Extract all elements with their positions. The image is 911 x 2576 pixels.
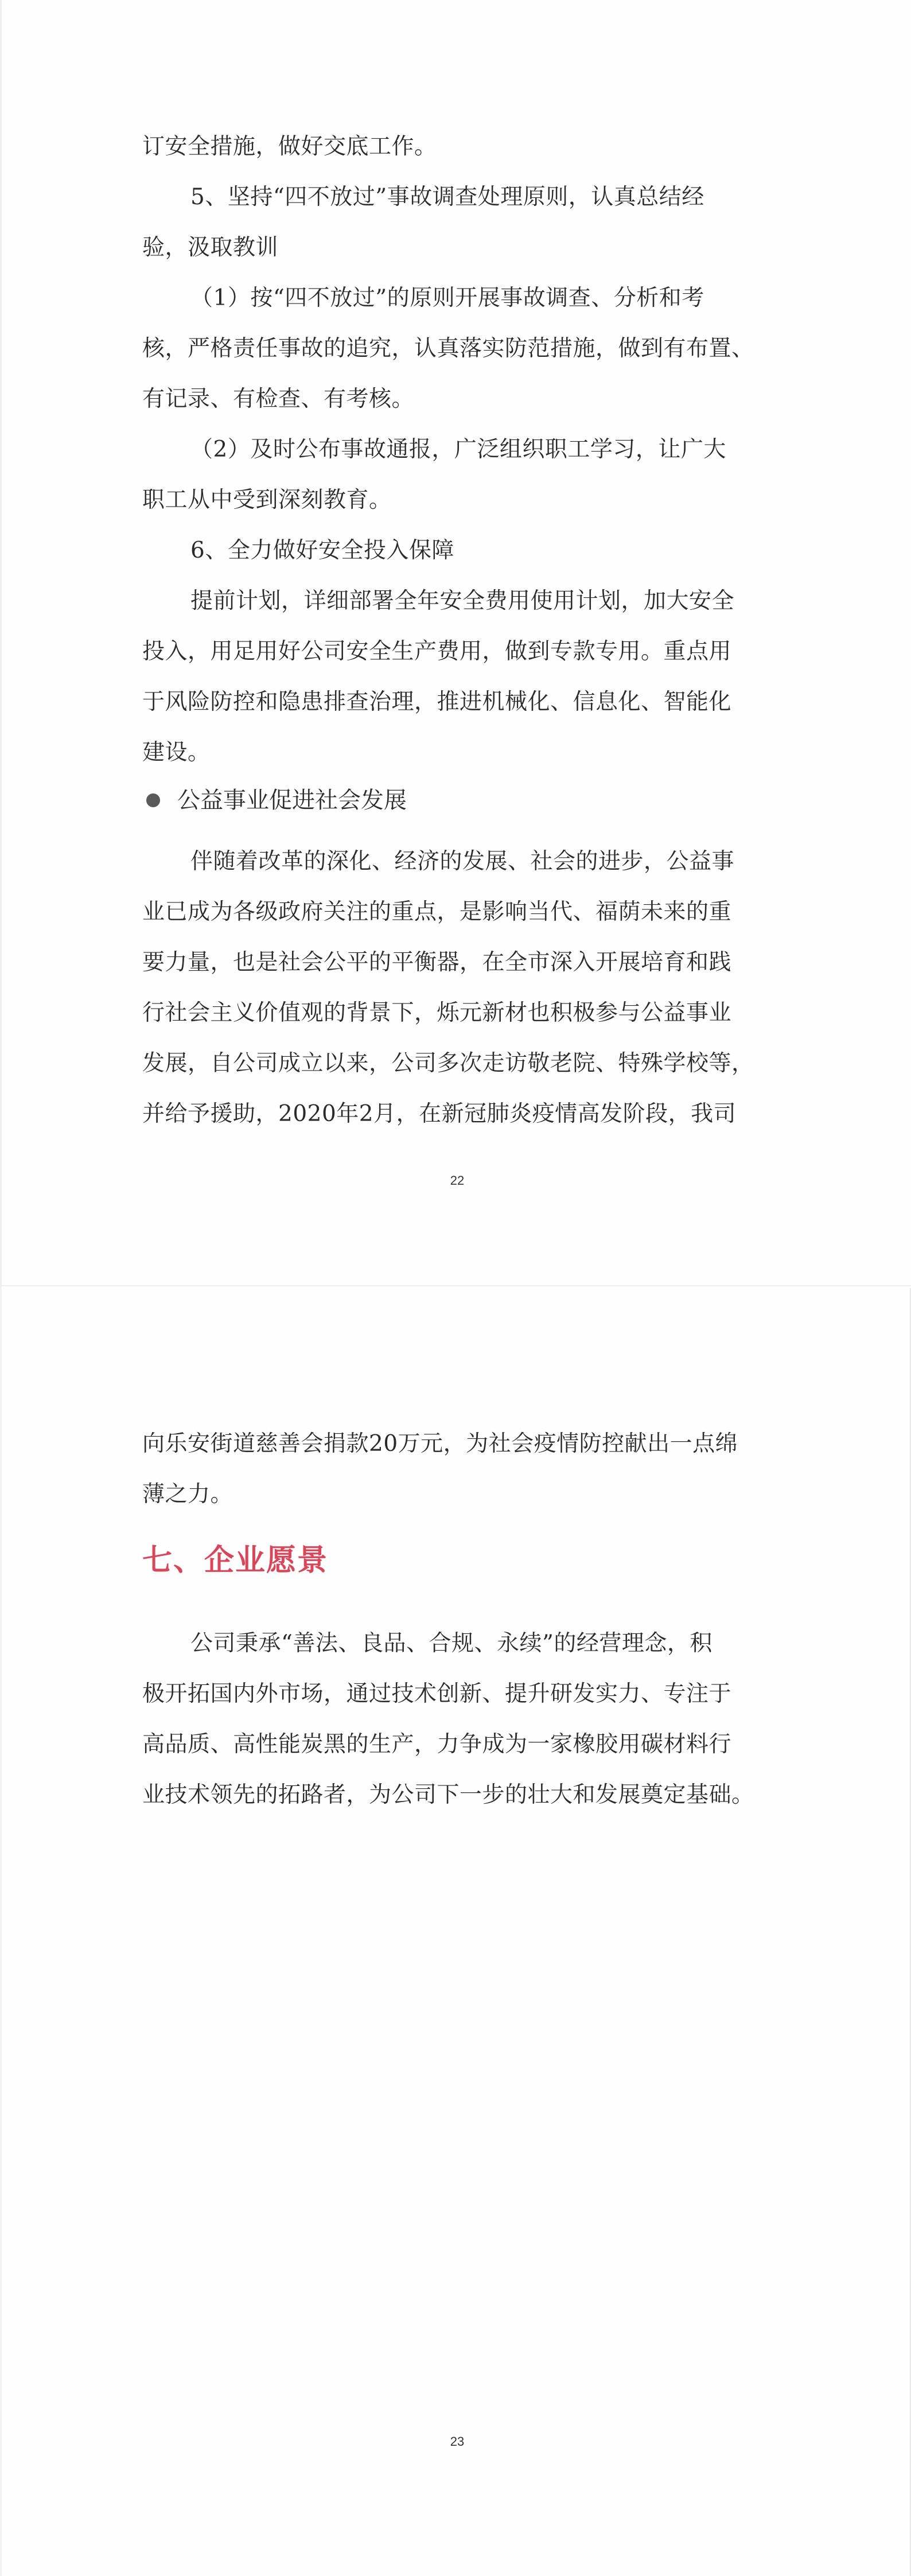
page-23: 向乐安街道慈善会捐款20万元，为社会疫情防控献出一点绵 薄之力。 七、企业愿景 …: [0, 1288, 911, 2576]
page-number: 23: [2, 2434, 911, 2449]
text-line: 5、坚持“四不放过”事故调查处理原则，认真总结经: [142, 172, 768, 223]
text-line: 业已成为各级政府关注的重点，是影响当代、福荫未来的重: [142, 887, 768, 937]
subsection-heading-public-welfare: 公益事业促进社会发展: [146, 783, 407, 818]
text-line: 于风险防控和隐患排查治理，推进机械化、信息化、智能化: [142, 677, 768, 727]
text-line: 有记录、有检查、有考核。: [142, 374, 768, 425]
paragraph-item-5-2: （2）及时公布事故通报，广泛组织职工学习，让广大 职工从中受到深刻教育。: [142, 425, 768, 526]
text-line: 伴随着改革的深化、经济的发展、社会的进步，公益事: [142, 836, 768, 887]
text-line: （2）及时公布事故通报，广泛组织职工学习，让广大: [142, 425, 768, 475]
text-line: 订安全措施，做好交底工作。: [142, 122, 768, 172]
paragraph-public-welfare: 伴随着改革的深化、经济的发展、社会的进步，公益事 业已成为各级政府关注的重点，是…: [142, 836, 768, 1139]
subsection-heading-text: 公益事业促进社会发展: [177, 783, 407, 818]
text-line: 核，严格责任事故的追究，认真落实防范措施，做到有布置、: [142, 324, 768, 374]
text-line: 极开拓国内外市场，通过技术创新、提升研发实力、专注于: [142, 1669, 768, 1719]
text-line: 并给予援助，2020年2月，在新冠肺炎疫情高发阶段，我司: [142, 1089, 768, 1139]
paragraph-donation-continued: 向乐安街道慈善会捐款20万元，为社会疫情防控献出一点绵 薄之力。: [142, 1419, 768, 1520]
page-number: 22: [2, 1173, 911, 1188]
text-line: 行社会主义价值观的背景下，烁元新材也积极参与公益事业: [142, 988, 768, 1038]
text-line: 验，汲取教训: [142, 223, 768, 273]
paragraph-item-6-heading: 6、全力做好安全投入保障: [142, 526, 768, 576]
text-line: 提前计划，详细部署全年安全费用使用计划，加大安全: [142, 576, 768, 627]
text-line: 高品质、高性能炭黑的生产，力争成为一家橡胶用碳材料行: [142, 1719, 768, 1770]
bullet-icon: [146, 793, 160, 807]
text-line: 业技术领先的拓路者，为公司下一步的壮大和发展奠定基础。: [142, 1770, 768, 1820]
text-line: 要力量，也是社会公平的平衡器，在全市深入开展培育和践: [142, 937, 768, 988]
text-line: 建设。: [142, 727, 768, 778]
page-22: 订安全措施，做好交底工作。 5、坚持“四不放过”事故调查处理原则，认真总结经 验…: [0, 0, 911, 1288]
text-line: 薄之力。: [142, 1469, 768, 1520]
paragraph-safety-measures: 订安全措施，做好交底工作。: [142, 122, 768, 172]
text-line: 向乐安街道慈善会捐款20万元，为社会疫情防控献出一点绵: [142, 1419, 768, 1469]
paragraph-item-5-1: （1）按“四不放过”的原则开展事故调查、分析和考 核，严格责任事故的追究，认真落…: [142, 273, 768, 425]
text-line: 6、全力做好安全投入保障: [142, 526, 768, 576]
text-line: 发展，自公司成立以来，公司多次走访敬老院、特殊学校等，: [142, 1038, 768, 1089]
section-heading-corporate-vision: 七、企业愿景: [142, 1540, 328, 1581]
text-line: （1）按“四不放过”的原则开展事故调查、分析和考: [142, 273, 768, 324]
text-line: 职工从中受到深刻教育。: [142, 475, 768, 526]
page-divider: [0, 1285, 911, 1286]
paragraph-item-6-body: 提前计划，详细部署全年安全费用使用计划，加大安全 投入，用足用好公司安全生产费用…: [142, 576, 768, 778]
paragraph-item-5-heading: 5、坚持“四不放过”事故调查处理原则，认真总结经 验，汲取教训: [142, 172, 768, 273]
text-line: 投入，用足用好公司安全生产费用，做到专款专用。重点用: [142, 627, 768, 677]
paragraph-corporate-vision: 公司秉承“善法、良品、合规、永续”的经营理念，积 极开拓国内外市场，通过技术创新…: [142, 1618, 768, 1820]
text-line: 公司秉承“善法、良品、合规、永续”的经营理念，积: [142, 1618, 768, 1669]
